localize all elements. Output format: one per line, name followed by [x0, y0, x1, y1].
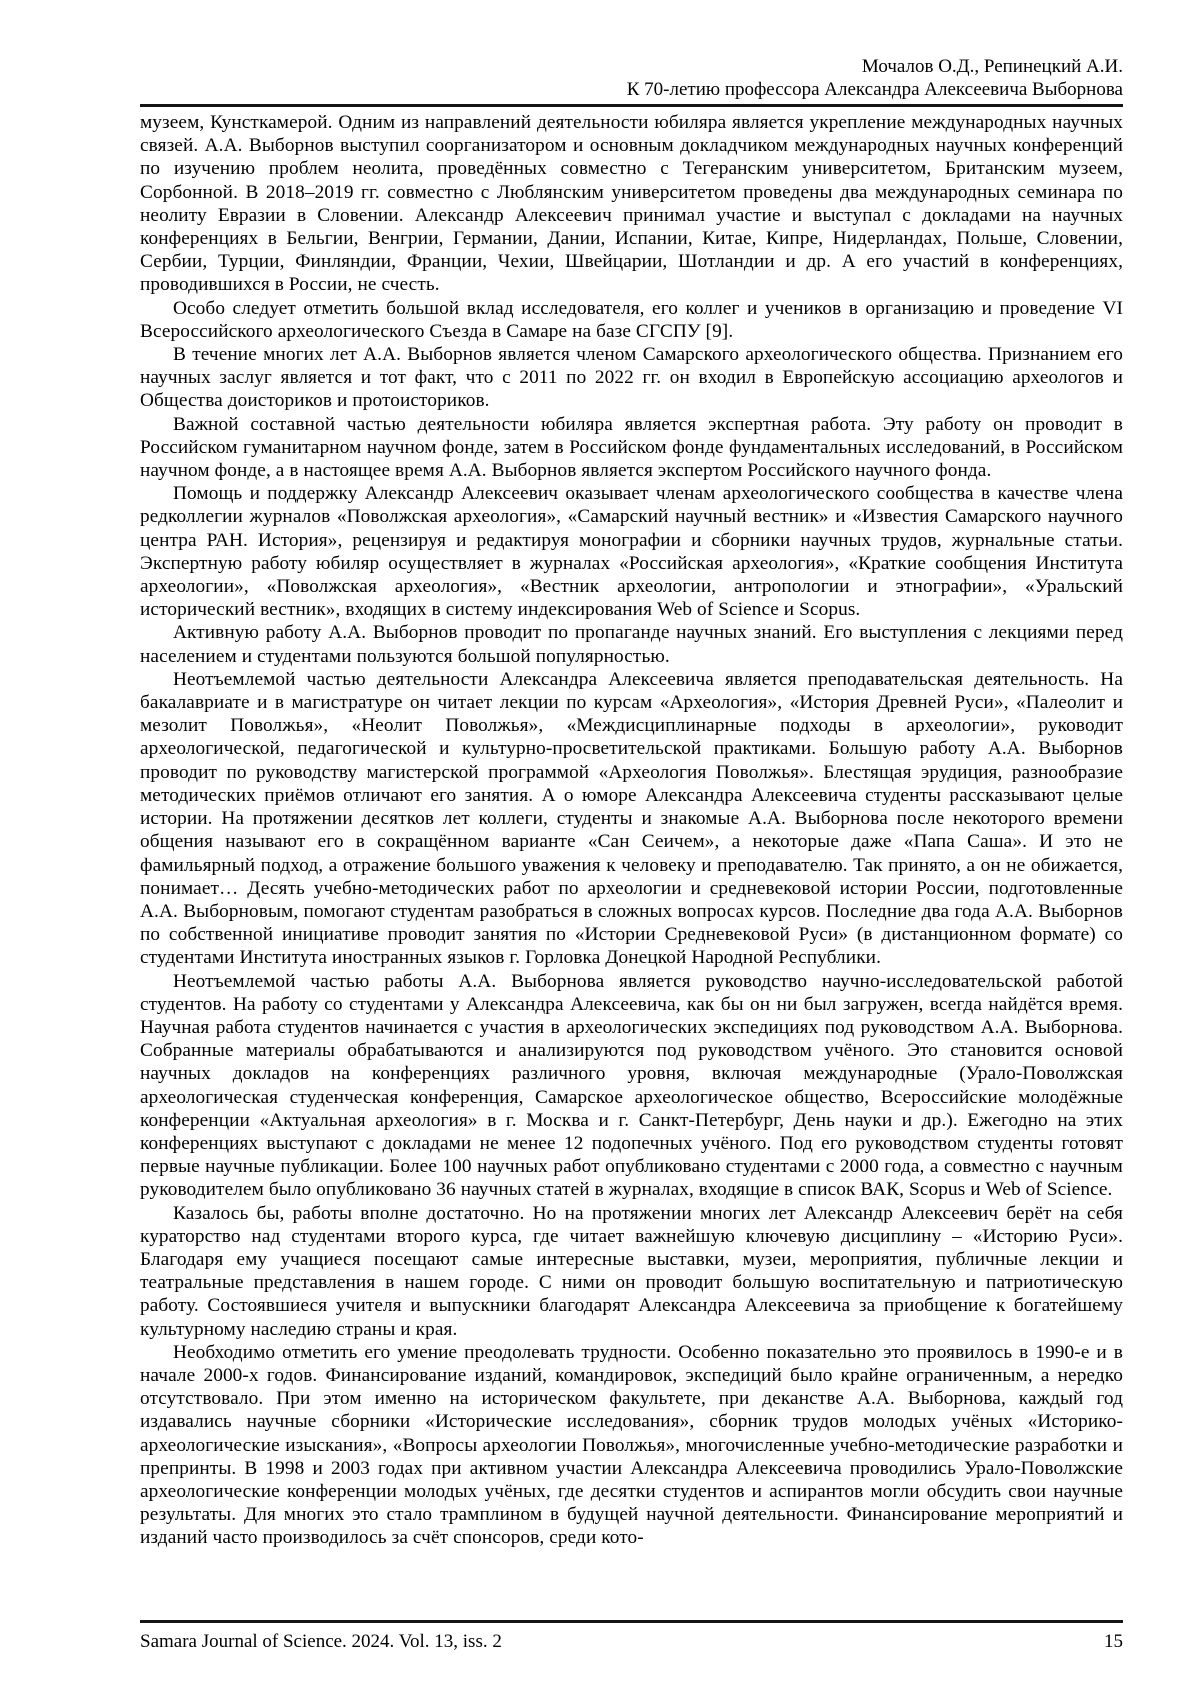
paragraph: Неотъемлемой частью работы А.А. Выборнов… — [140, 970, 1123, 1202]
paragraph: Неотъемлемой частью деятельности Алексан… — [140, 668, 1123, 970]
journal-page: Мочалов О.Д., Репинецкий А.И. К 70-летию… — [0, 0, 1200, 1697]
running-header: Мочалов О.Д., Репинецкий А.И. К 70-летию… — [140, 55, 1123, 101]
running-header-title: К 70-летию профессора Александра Алексее… — [140, 78, 1123, 101]
footer-journal-title: Samara Journal of Science. 2024. Vol. 13… — [140, 1630, 502, 1653]
paragraph: Важной составной частью деятельности юби… — [140, 413, 1123, 483]
paragraph: В течение многих лет А.А. Выборнов являе… — [140, 343, 1123, 413]
article-text: музеем, Кунсткамерой. Одним из направлен… — [140, 111, 1123, 1617]
footer-page-number: 15 — [1104, 1630, 1123, 1653]
paragraph: Особо следует отметить большой вклад исс… — [140, 297, 1123, 343]
page-footer: Samara Journal of Science. 2024. Vol. 13… — [140, 1623, 1123, 1653]
paragraph: музеем, Кунсткамерой. Одним из направлен… — [140, 111, 1123, 297]
header-rule — [140, 104, 1123, 107]
paragraph: Помощь и поддержку Александр Алексеевич … — [140, 482, 1123, 621]
paragraph: Необходимо отметить его умение преодолев… — [140, 1341, 1123, 1550]
paragraph: Казалось бы, работы вполне достаточно. Н… — [140, 1202, 1123, 1341]
paragraph: Активную работу А.А. Выборнов проводит п… — [140, 621, 1123, 667]
running-header-authors: Мочалов О.Д., Репинецкий А.И. — [140, 55, 1123, 78]
